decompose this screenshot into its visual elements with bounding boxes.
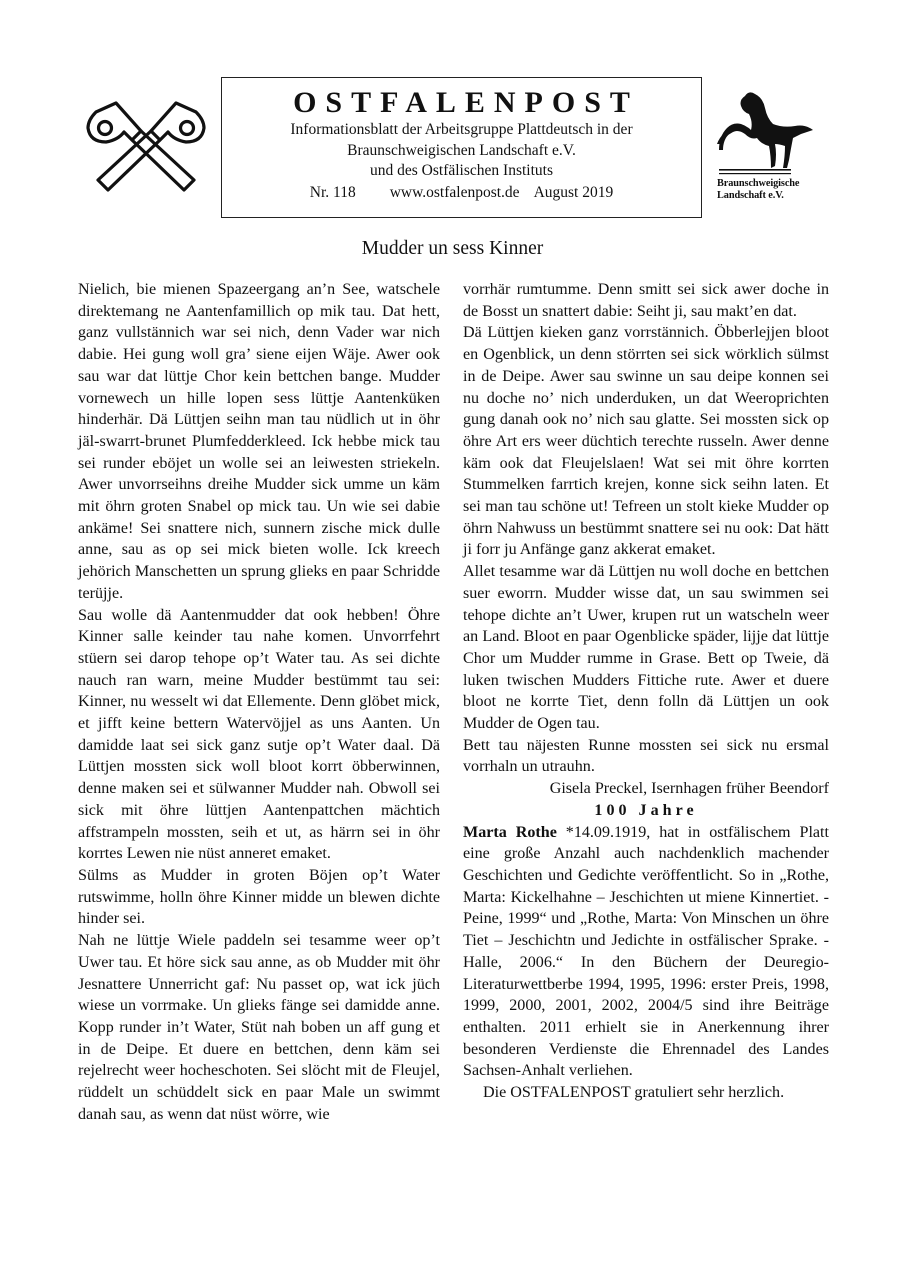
masthead-subtitle-line-3: und des Ostfälischen Instituts (222, 161, 701, 182)
logo-caption-line-1: Braunschweigische (717, 178, 829, 190)
anniversary-name: Marta Rothe (463, 824, 557, 841)
masthead-subtitle-line-2: Braunschweigischen Landschaft e.V. (222, 141, 701, 162)
braunschweigische-landschaft-logo: Braunschweigische Landschaft e.V. (713, 88, 829, 210)
article-paragraph-continued: vorrhär rumtumme. Denn smitt sei sick aw… (463, 279, 829, 322)
logo-caption-line-2: Landschaft e.V. (717, 190, 829, 202)
article-paragraph: Allet tesamme war dä Lüttjen nu woll doc… (463, 561, 829, 735)
masthead-subtitle-line-1: Informationsblatt der Arbeitsgruppe Plat… (222, 120, 701, 141)
article-column-left: Nielich, bie mienen Spazeergang an’n See… (78, 279, 440, 1125)
article-paragraph: Dä Lüttjen kieken ganz vorrstännich. Öbb… (463, 322, 829, 561)
article-paragraph: Nah ne lüttje Wiele paddeln sei tesamme … (78, 930, 440, 1125)
anniversary-heading: 100 Jahre (463, 800, 829, 822)
rearing-horse-icon (713, 88, 823, 178)
masthead-box: OSTFALENPOST Informationsblatt der Arbei… (221, 77, 702, 218)
masthead-title: OSTFALENPOST (222, 86, 701, 120)
article-title: Mudder un sess Kinner (0, 236, 905, 262)
article-paragraph: Sau wolle dä Aantenmudder dat ook hebben… (78, 605, 440, 865)
issue-info: Nr. 118www.ostfalenpost.deAugust 2019 (222, 182, 701, 203)
anniversary-closing: Die OSTFALENPOST gratuliert sehr herzlic… (463, 1082, 829, 1104)
issue-date: August 2019 (534, 182, 614, 203)
article-paragraph: Nielich, bie mienen Spazeergang an’n See… (78, 279, 440, 605)
issue-number: Nr. 118 (310, 182, 356, 203)
article-paragraph: Bett tau näjesten Runne mossten sei sick… (463, 735, 829, 778)
crossed-keys-icon (84, 98, 208, 194)
anniversary-body: Marta Rothe *14.09.1919, hat in ostfälis… (463, 822, 829, 1082)
article-column-right: vorrhär rumtumme. Denn smitt sei sick aw… (463, 279, 829, 1104)
article-author: Gisela Preckel, Isernhagen früher Beendo… (463, 778, 829, 800)
article-paragraph: Sülms as Mudder in groten Böjen op’t Wat… (78, 865, 440, 930)
website-link[interactable]: www.ostfalenpost.de (390, 182, 520, 203)
anniversary-text: *14.09.1919, hat in ostfälischem Platt e… (463, 824, 829, 1080)
